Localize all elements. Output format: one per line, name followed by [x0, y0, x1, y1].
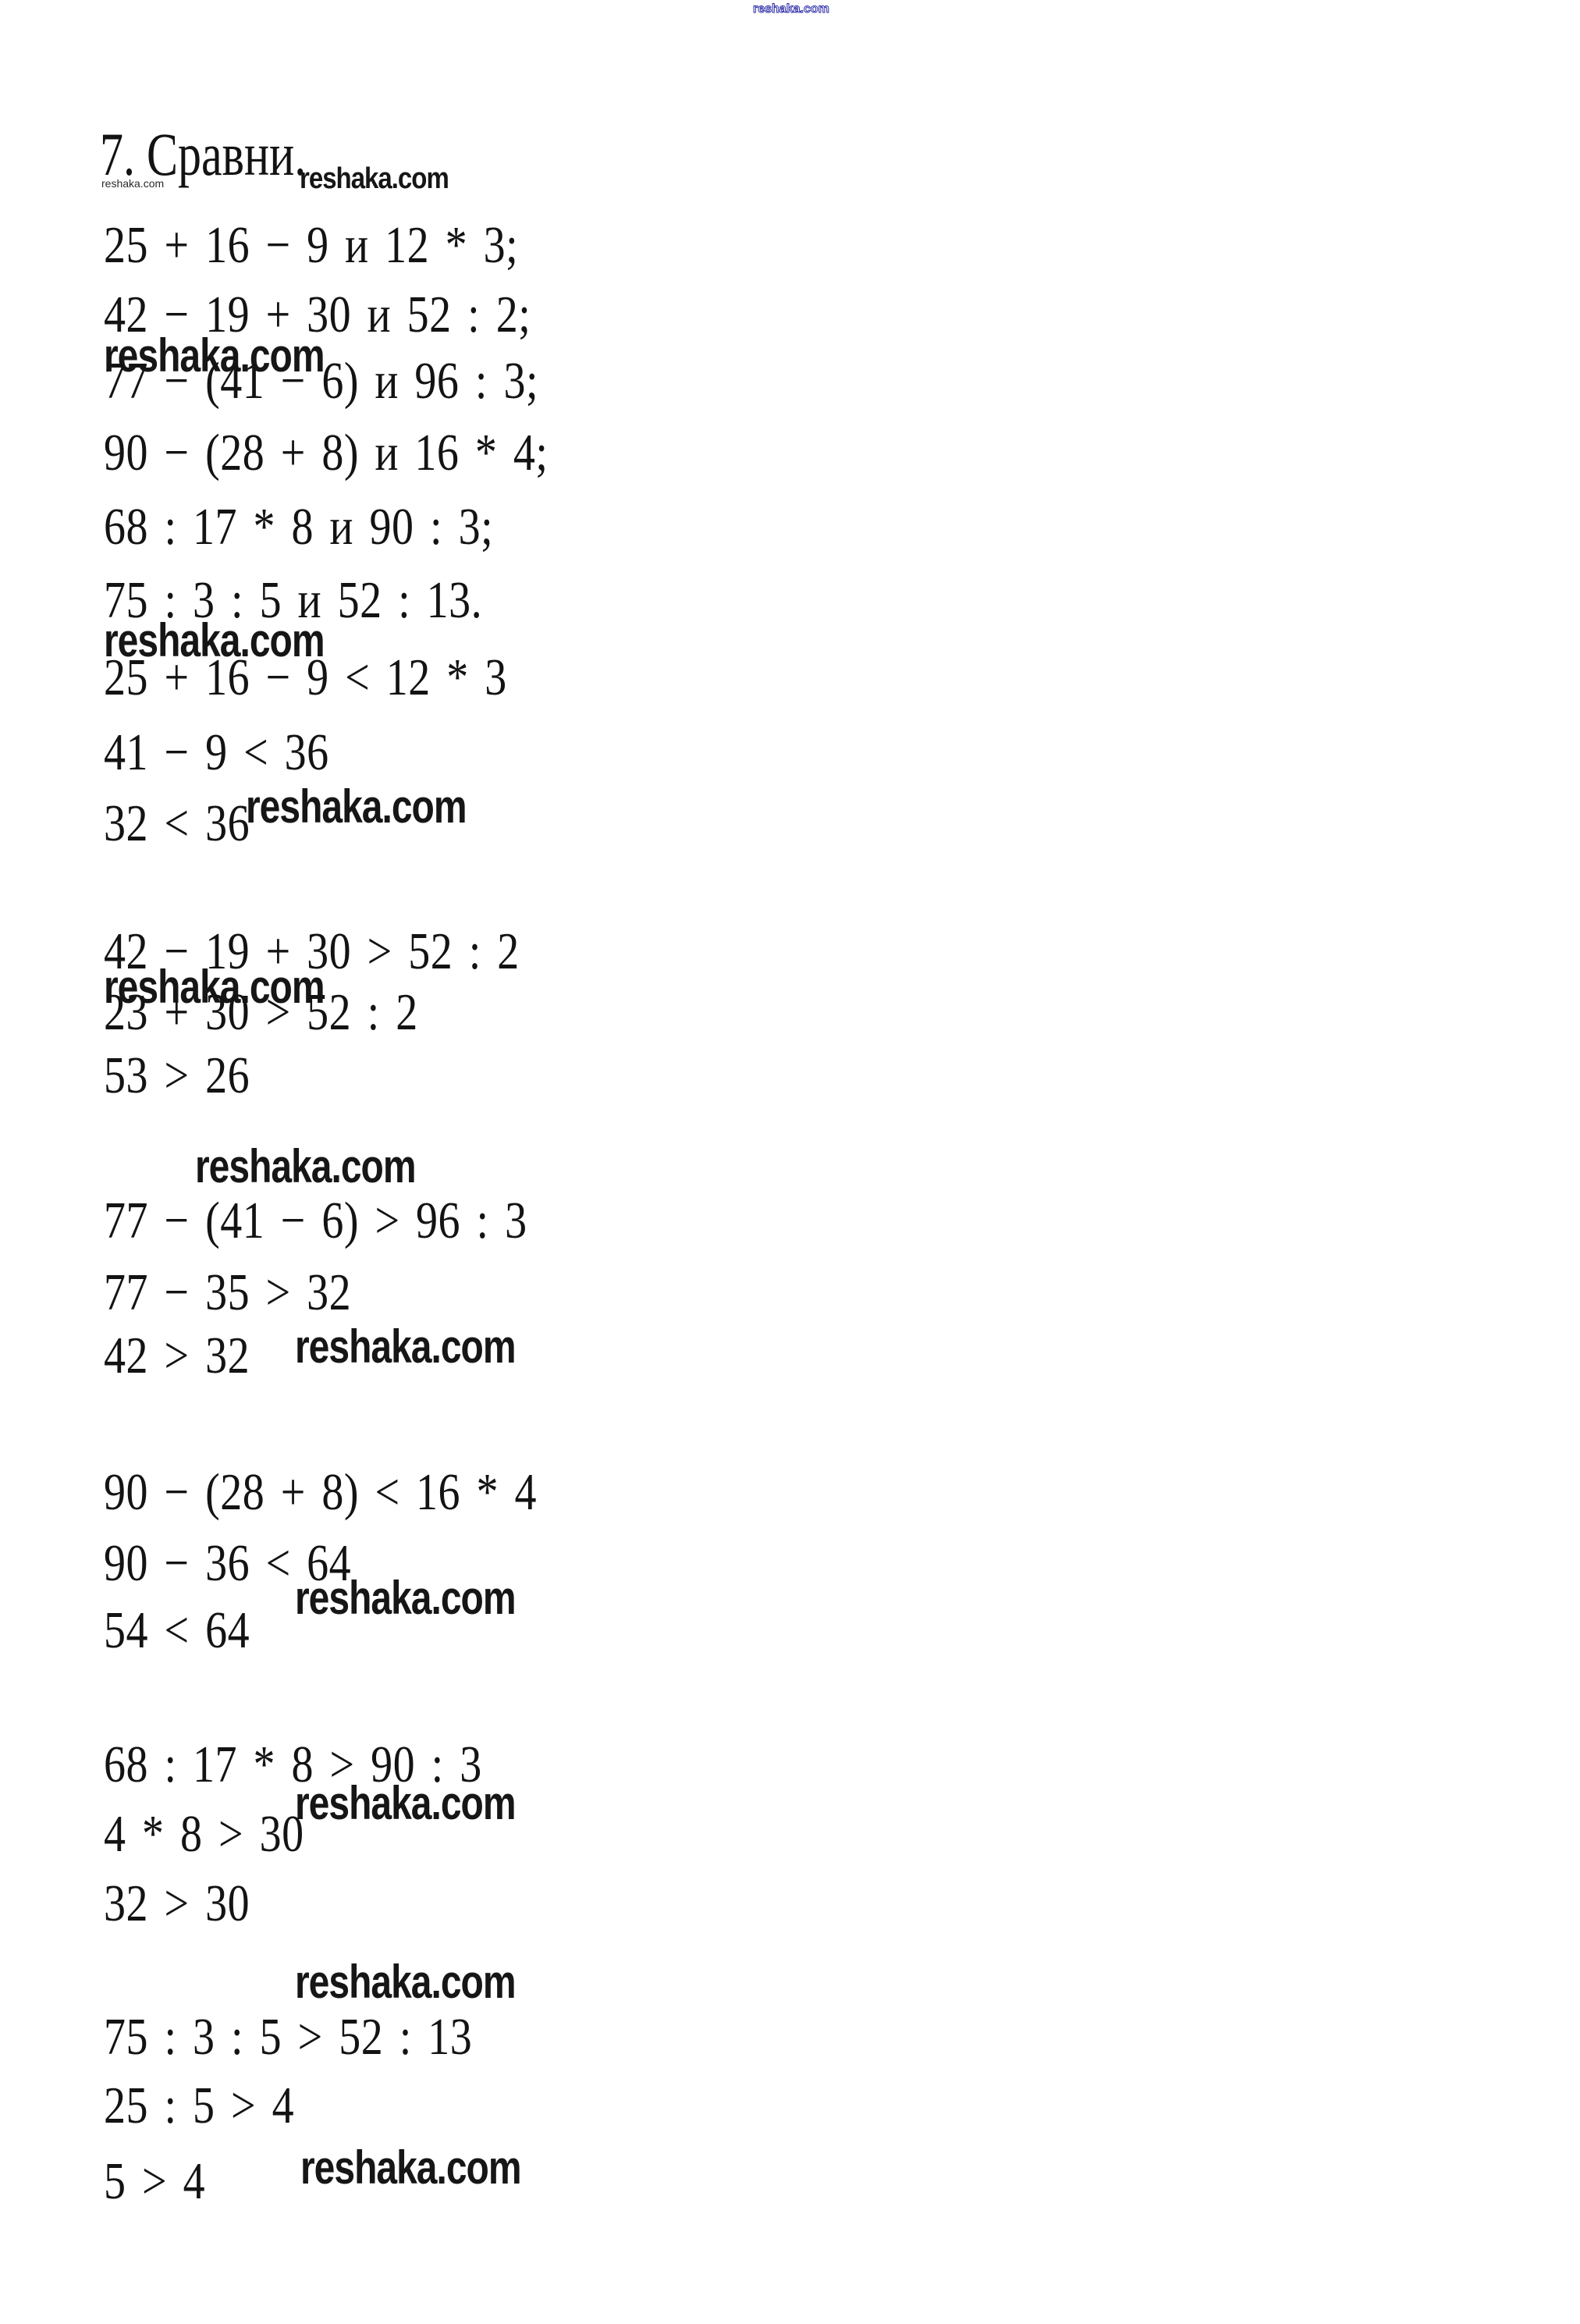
solution-line: 4 * 8 > 30: [104, 1808, 304, 1860]
page-title: 7. Сравни.: [100, 124, 306, 185]
solution-line: 41 − 9 < 36: [104, 727, 329, 779]
solution-line: 32 < 36: [104, 798, 250, 850]
site-watermark: reshaka.com: [295, 1781, 516, 1828]
problem-line: 25 + 16 − 9 и 12 * 3;: [104, 219, 518, 272]
problem-line: 68 : 17 * 8 и 90 : 3;: [104, 501, 493, 553]
site-watermark: reshaka.com: [300, 2145, 521, 2192]
site-watermark: reshaka.com: [246, 784, 467, 831]
solution-line: 77 − 35 > 32: [104, 1267, 351, 1319]
problem-line: 90 − (28 + 8) и 16 * 4;: [104, 427, 549, 479]
solution-line: 53 > 26: [104, 1050, 250, 1102]
site-watermark-small: reshaka.com: [101, 178, 164, 189]
site-watermark: reshaka.com: [295, 1576, 516, 1622]
solution-line: 5 > 4: [104, 2155, 205, 2208]
site-watermark: reshaka.com: [300, 163, 449, 193]
site-watermark-top: reshaka.com: [753, 3, 829, 16]
solution-line: 42 > 32: [104, 1330, 250, 1382]
site-watermark: reshaka.com: [295, 1324, 516, 1371]
solution-line: 32 > 30: [104, 1878, 250, 1930]
site-watermark: reshaka.com: [195, 1144, 416, 1191]
solution-line: 23 + 30 > 52 : 2: [104, 986, 418, 1039]
solution-line: 25 + 16 − 9 < 12 * 3: [104, 652, 507, 704]
solution-line: 25 : 5 > 4: [104, 2080, 294, 2132]
solution-line: 54 < 64: [104, 1604, 250, 1657]
solution-line: 90 − (28 + 8) < 16 * 4: [104, 1466, 537, 1519]
solution-line: 75 : 3 : 5 > 52 : 13: [104, 2011, 472, 2063]
document-page: reshaka.com 7. Сравни. reshaka.com resha…: [0, 0, 1580, 2324]
problem-line: 77 − (41 − 6) и 96 : 3;: [104, 355, 538, 407]
solution-line: 77 − (41 − 6) > 96 : 3: [104, 1195, 527, 1247]
site-watermark: reshaka.com: [295, 1960, 516, 2006]
